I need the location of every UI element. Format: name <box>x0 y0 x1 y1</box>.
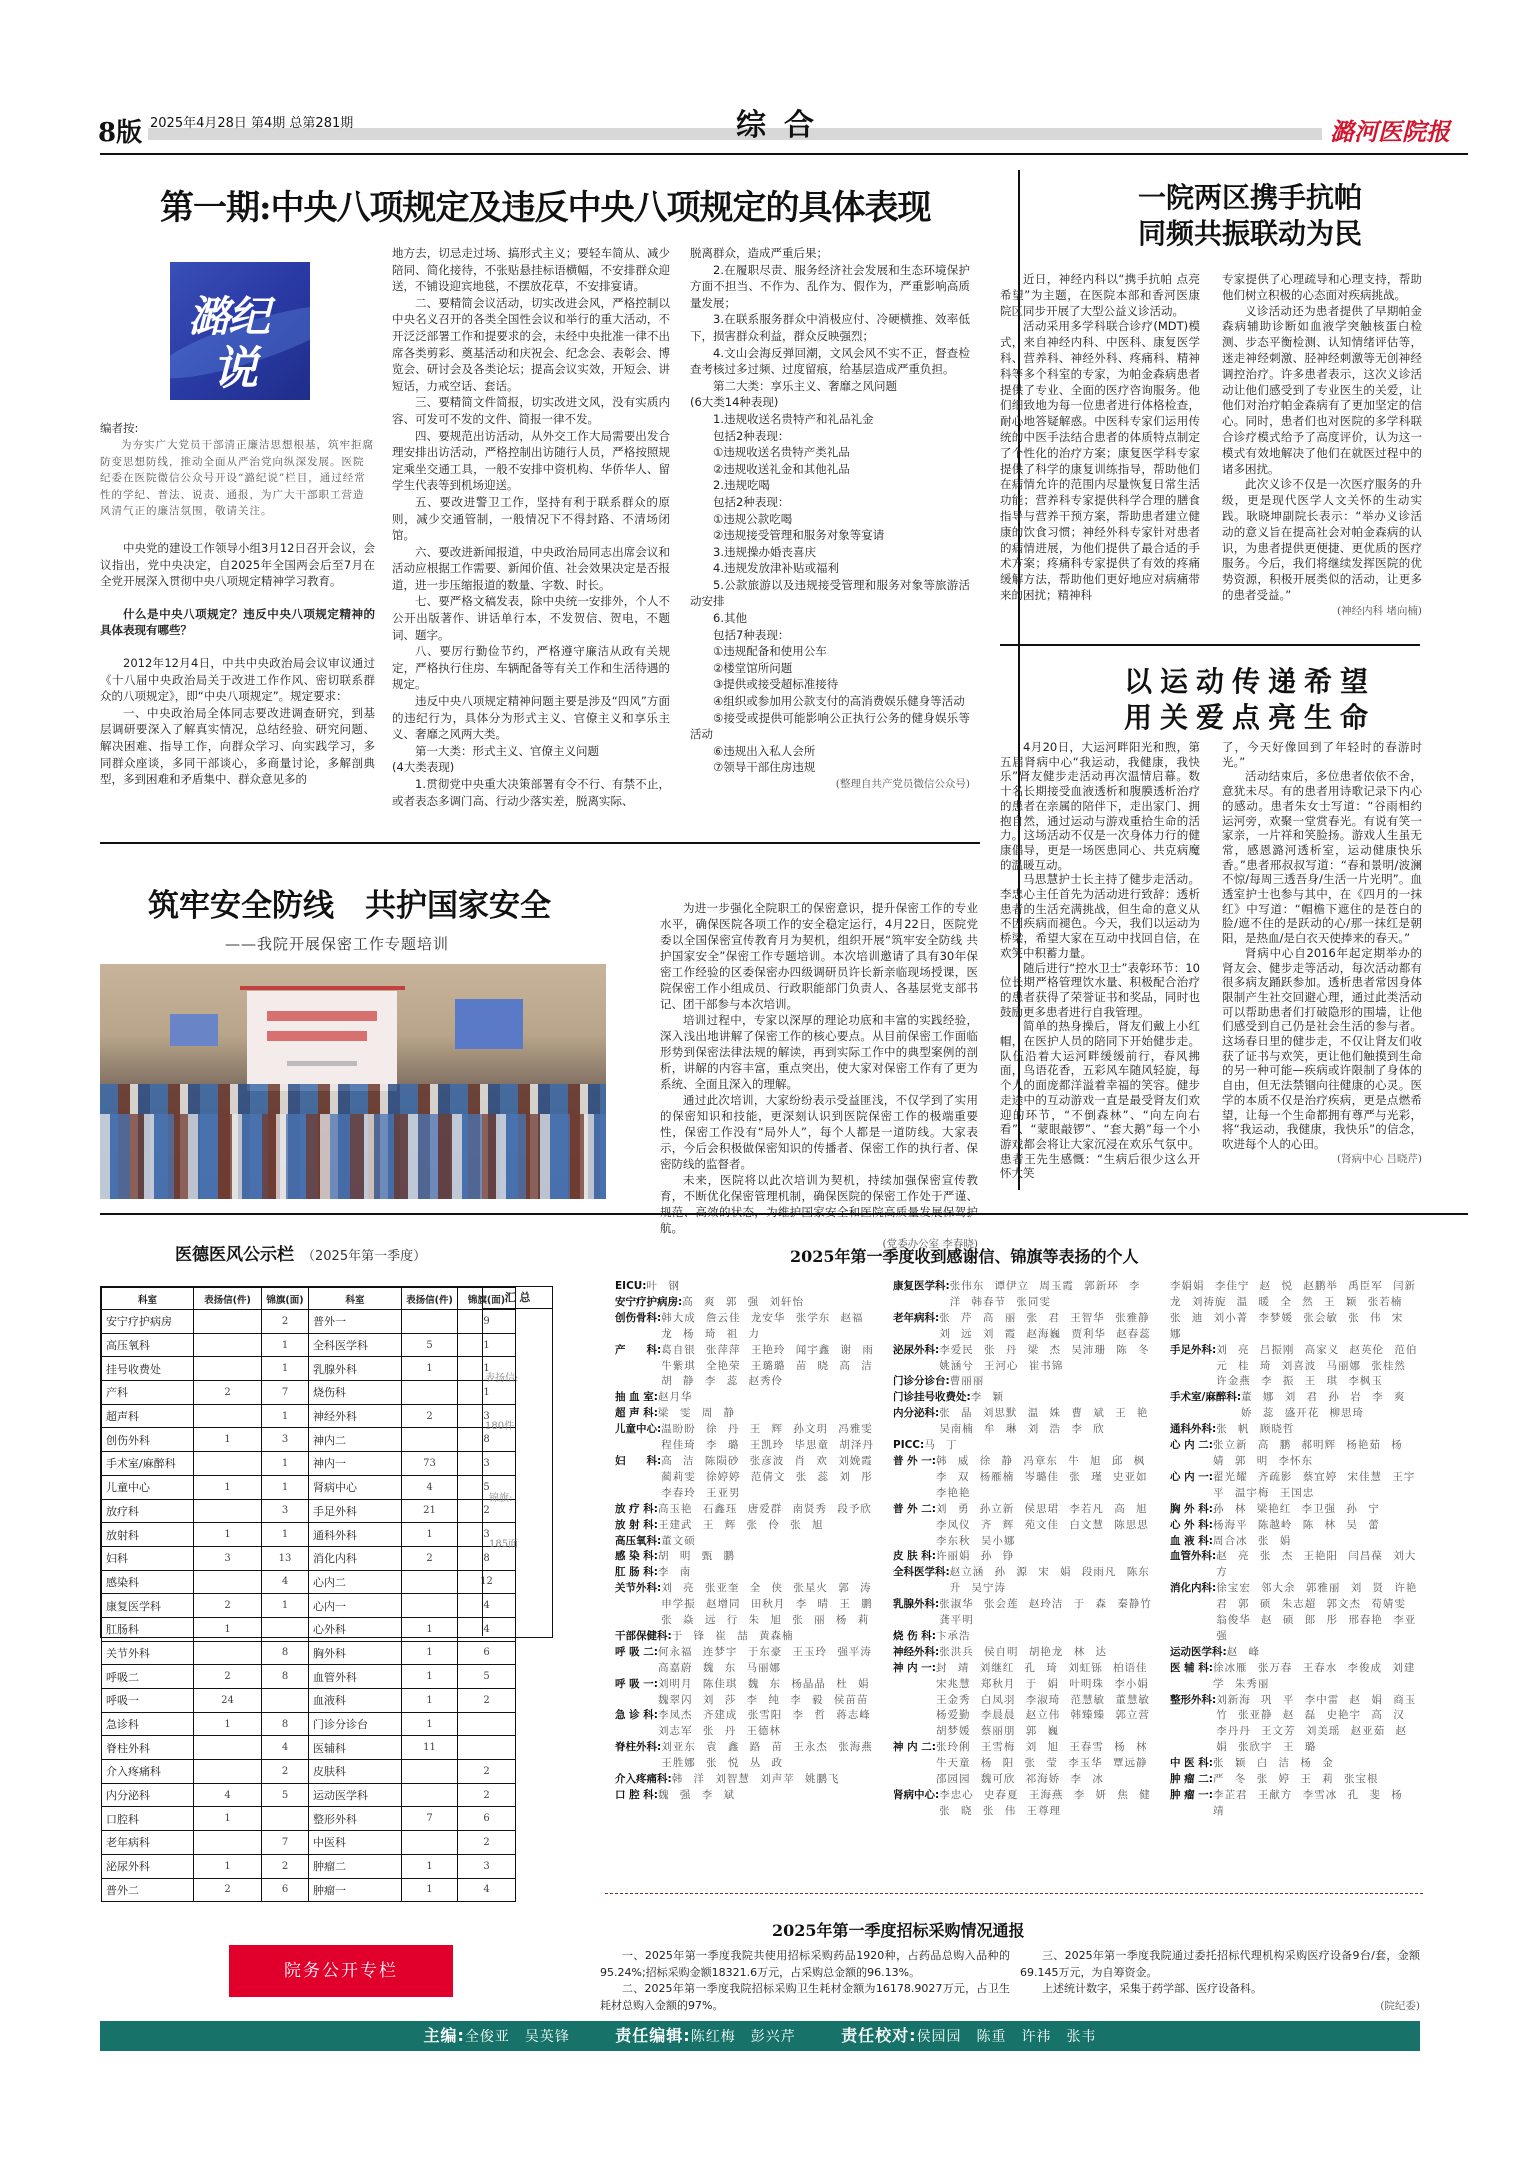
banners-cell: 8 <box>262 1665 309 1689</box>
list-item: ①违规公款吃喝 <box>690 511 970 528</box>
article2-signature: (神经内科 堵向楠) <box>1222 604 1422 620</box>
honors-names: 李凤杰 齐建成 张雪阳 李 哲 蒋志峰 刘志军 张 丹 王德林 <box>658 1708 875 1740</box>
honors-names: 韩 洋 刘智慧 刘声苹 姚鹏飞 <box>672 1772 840 1788</box>
honors-dept: 肛 肠 科: <box>615 1565 658 1581</box>
paragraph: 4.文山会海反弹回潮，文风会风不实不正，督查检查考核过多过频、过度留痕，给基层造… <box>690 345 970 378</box>
honors-names: 赵立涵 孙 源 宋 娟 段雨凡 陈东升 吴宁涛 <box>950 1565 1153 1597</box>
article3-subtitle: ——我院开展保密工作专题培训 <box>225 933 449 954</box>
honors-entry: 门诊挂号收费处:李 颖 <box>893 1390 1153 1406</box>
honors-names: 董 娜 刘 君 孙 岩 李 爽 娇 蕊 盛开花 柳思琦 <box>1241 1390 1420 1422</box>
article1-title: 第一期:中央八项规定及违反中央八项规定的具体表现 <box>160 180 1020 229</box>
article4-title: 以运动传递希望 用关爱点亮生命 <box>1030 664 1470 736</box>
paragraph: 违反中央八项规定精神问题主要是涉及“四风”方面的违纪行为，具体分为形式主义、官僚… <box>392 693 670 743</box>
page-number: 8版 <box>98 112 142 149</box>
honors-dept: 放 疗 科: <box>615 1502 658 1518</box>
category-count: (6大类14种表现) <box>690 394 970 411</box>
letters-cell: 24 <box>194 1689 262 1713</box>
dept-name-cell: 整形外科 <box>309 1807 402 1831</box>
stage-banner <box>240 986 405 990</box>
paragraph: 一、中央政治局全体同志要改进调查研究，到基层调研要深入了解真实情况，总结经验、研… <box>100 705 375 788</box>
banners-cell: 1 <box>262 1452 309 1476</box>
paragraph: 了，今天好像回到了年轻时的春游时光。” <box>1222 740 1422 769</box>
dept-name-cell: 肿瘤二 <box>309 1854 402 1878</box>
list-item: ⑥违规出入私人会所 <box>690 743 970 760</box>
honors-column3: 李娟娟 李佳宁 赵 悦 赵鹏举 禹臣军 闫新龙 刘祷旎 温 暖 全 然 王 颖 … <box>1170 1279 1420 1820</box>
honors-names: 翟光耀 齐疏影 蔡宜婷 宋佳慧 王宇平 温宇梅 王国忠 <box>1213 1470 1420 1502</box>
paragraph: 上述统计数字，采集于药学部、医疗设备科。 <box>1020 1981 1420 1998</box>
honors-entry: 呼 吸 一:刘明月 陈佳琪 魏 东 杨晶晶 杜 娟 魏翠闪 刘 莎 李 纯 李 … <box>615 1677 875 1709</box>
table-title-text: 医德医风公示栏 <box>175 1245 294 1265</box>
honors-entry: 脊柱外科:刘亚东 袁 鑫 路 苗 王永杰 张海燕 王胜娜 张 悦 丛 政 <box>615 1740 875 1772</box>
dashed-divider <box>605 1893 1423 1894</box>
table-row: 放疗科3手足外科212 <box>102 1499 516 1523</box>
letters-cell: 1 <box>194 1428 262 1452</box>
letters-cell: 4 <box>402 1475 458 1499</box>
side-monitor <box>455 999 523 1049</box>
honors-dept: 神经外科: <box>893 1645 939 1661</box>
list-item: ③提供或接受超标准接待 <box>690 676 970 693</box>
paragraph: 2.在履职尽责、服务经济社会发展和生态环境保护方面不担当、不作为、乱作为、假作为… <box>690 262 970 312</box>
responsible-editor-label: 责任编辑: <box>615 2026 690 2045</box>
honors-names: 高 爽 郭 强 刘轩怡 <box>682 1295 804 1311</box>
summary-column: 汇 总 表扬信: 180件 锦旗: 185面 <box>482 1287 552 1636</box>
letters-cell: 1 <box>402 1641 458 1665</box>
category-heading: 第一大类：形式主义、官僚主义问题 <box>392 743 670 760</box>
dept-name-cell: 挂号收费处 <box>102 1357 194 1381</box>
honors-column2: 康复医学科:张伟东 谭伊立 周玉霞 郭新环 李 洋 韩春节 张同雯老年病科:张 … <box>893 1279 1153 1820</box>
honors-dept: 心 内 一: <box>1170 1470 1213 1502</box>
honors-entry: PICC:马 丁 <box>893 1438 1153 1454</box>
letters-cell: 2 <box>194 1594 262 1618</box>
letters-cell: 2 <box>402 1546 458 1570</box>
honors-entry: 心 外 科:杨海平 陈越岭 陈 林 吴 蕾 <box>1170 1518 1420 1534</box>
honors-dept: 肾病中心: <box>893 1788 939 1820</box>
honors-dept: 创伤骨科: <box>615 1311 661 1343</box>
banners-cell: 5 <box>262 1783 309 1807</box>
table-row: 挂号收费处1乳腺外科11 <box>102 1357 516 1381</box>
editor-note: 为夯实广大党员干部清正廉洁思想根基，筑牢拒腐防变思想防线，推动全面从严治党向纵深… <box>100 437 375 520</box>
dept-name-cell: 肿瘤一 <box>309 1878 402 1902</box>
honors-entry: 安宁疗护病房:高 爽 郭 强 刘轩怡 <box>615 1295 875 1311</box>
letters-cell: 73 <box>402 1452 458 1476</box>
honors-title: 2025年第一季度收到感谢信、锦旗等表扬的个人 <box>790 1244 1139 1267</box>
honors-column1: EICU:叶 钢安宁疗护病房:高 爽 郭 强 刘轩怡创伤骨科:韩大成 詹云佳 龙… <box>615 1279 875 1804</box>
proofreader-group: 责任校对:侯园园 陈重 许祎 张韦 <box>841 2029 1096 2045</box>
list-item: 6.其他 <box>690 610 970 627</box>
letters-cell: 1 <box>194 1523 262 1547</box>
table-row: 肛肠科1心外科14 <box>102 1617 516 1641</box>
paragraph: 近日，神经内科以“携手抗帕 点亮希望”为主题，在医院本部和香河医康院区同步开展了… <box>1000 272 1200 319</box>
paragraph: 此次义诊不仅是一次医疗服务的升级，更是现代医学人文关怀的生动实践。耿晓坤副院长表… <box>1222 477 1422 603</box>
honors-entry: 儿童中心:温盼盼 徐 丹 王 辉 孙文玥 冯雅雯 程佳琦 李 璐 王凯玲 毕思童… <box>615 1422 875 1454</box>
honors-names: 卞承浩 <box>936 1629 971 1645</box>
banners-cell: 8 <box>262 1641 309 1665</box>
honors-entry: 手足外科:刘 亮 吕振刚 高家义 赵英伦 范伯元 桂 琦 刘喜波 马丽娜 张桂然… <box>1170 1343 1420 1391</box>
table-header-row: 科室 表扬信(件) 锦旗(面) 科室 表扬信(件) 锦旗(面) <box>102 1288 516 1310</box>
honors-names: 叶 钢 <box>647 1279 680 1295</box>
honors-names: 徐宝宏 邻大余 郭雅丽 刘 贤 许艳君 郭 硕 朱志超 郭文杰 荀婧雯 翁俊华 … <box>1216 1581 1420 1645</box>
honors-names: 曹丽丽 <box>950 1374 985 1390</box>
honors-entry: 肾病中心:李忠心 史春夏 王海燕 李 妍 焦 健 张 晓 张 伟 王尊理 <box>893 1788 1153 1820</box>
list-item: ①违规收送名贵特产类礼品 <box>690 444 970 461</box>
list-item: 3.违规操办婚丧喜庆 <box>690 544 970 561</box>
paragraph: 为进一步强化全院职工的保密意识，提升保密工作的专业水平，确保医院各项工作的安全稳… <box>660 900 978 1012</box>
paragraph: 八、要厉行勤俭节约，严格遵守廉洁从政有关规定，严格执行住房、车辆配备等有关工作和… <box>392 643 670 693</box>
banners-cell <box>262 1617 309 1641</box>
honors-entry: 门诊分诊台:曹丽丽 <box>893 1374 1153 1390</box>
honors-entry: 急 诊 科:李凤杰 齐建成 张雪阳 李 哲 蒋志峰 刘志军 张 丹 王德林 <box>615 1708 875 1740</box>
article3-body: 为进一步强化全院职工的保密意识，提升保密工作的专业水平，确保医院各项工作的安全稳… <box>660 900 978 1252</box>
table-row: 妇科313消化内科28 <box>102 1546 516 1570</box>
table-row: 康复医学科21心内一4 <box>102 1594 516 1618</box>
honors-names: 胡 明 甄 鹏 <box>658 1549 735 1565</box>
dept-name-cell: 神内二 <box>309 1428 402 1452</box>
letters-cell <box>402 1831 458 1855</box>
honors-dept: 神 内 二: <box>893 1740 936 1788</box>
letters-cell <box>402 1428 458 1452</box>
honors-entry: 产 科:葛自银 张萍萍 王艳玲 闻宇鑫 谢 雨 牛紫琪 全艳荣 王璐璐 苗 晓 … <box>615 1343 875 1391</box>
summary-banners-label: 锦旗: <box>489 1489 512 1504</box>
list-item: 5.公款旅游以及违规接受管理和服务对象等旅游活动安排 <box>690 577 970 610</box>
honors-dept: 产 科: <box>615 1343 661 1391</box>
honors-entry: 全科医学科:赵立涵 孙 源 宋 娟 段雨凡 陈东升 吴宁涛 <box>893 1565 1153 1597</box>
footer-credits: 主编:全俊亚 吴英锋 责任编辑:陈红梅 彭兴芹 责任校对:侯园园 陈重 许祎 张… <box>100 2021 1420 2051</box>
honors-entry: 康复医学科:张伟东 谭伊立 周玉霞 郭新环 李 洋 韩春节 张同雯 <box>893 1279 1153 1311</box>
honors-entry: 皮 肤 科:许丽娟 孙 铮 <box>893 1549 1153 1565</box>
letters-cell: 5 <box>402 1333 458 1357</box>
honors-dept: 内分泌科: <box>893 1406 939 1438</box>
dept-name-cell: 门诊分诊台 <box>309 1712 402 1736</box>
honors-dept: 肿 瘤 一: <box>1170 1788 1213 1820</box>
proofreader-label: 责任校对: <box>841 2026 916 2045</box>
honors-dept: 普 外 二: <box>893 1502 936 1550</box>
letters-cell: 1 <box>194 1617 262 1641</box>
chief-editor-label: 主编: <box>423 2026 464 2045</box>
title-line: 同频共振联动为民 <box>1030 216 1470 252</box>
article1-column3: 脱离群众，造成严重后果； 2.在履职尽责、服务经济社会发展和生态环境保护方面不担… <box>690 245 970 793</box>
public-affairs-button[interactable]: 院务公开专栏 <box>229 1945 453 1997</box>
dept-name-cell: 血管外科 <box>309 1665 402 1689</box>
dept-name-cell: 口腔科 <box>102 1807 194 1831</box>
banners-cell: 1 <box>262 1357 309 1381</box>
table-body: 安宁疗护病房2普外一9高压氧科1全科医学科51挂号收费处1乳腺外科11产科27烧… <box>102 1310 516 1902</box>
letters-cell <box>194 1310 262 1334</box>
honors-entry: 普 外 一:韩 威 徐 静 冯章东 牛 旭 邱 枫 李 双 杨雁楠 岑璐佳 张 … <box>893 1454 1153 1502</box>
table-row: 泌尿外科12肿瘤二13 <box>102 1854 516 1878</box>
banners-cell: 2 <box>458 1831 516 1855</box>
paragraph: 二、要精简会议活动，切实改进会风，严格控制以中央名义召开的各类全国性会议和举行的… <box>392 295 670 395</box>
honors-dept: 放 射 科: <box>615 1518 658 1534</box>
letters-cell: 2 <box>194 1381 262 1405</box>
honors-entry: 血管外科:赵 亮 张 杰 王艳阳 闫昌葆 刘大方 <box>1170 1549 1420 1581</box>
list-item: ④组织或参加用公款支付的高消费娱乐健身等活动 <box>690 693 970 710</box>
honors-entry: 整形外科:刘新海 巩 平 李中雷 赵 娟 商玉竹 张亚静 赵 磊 史艳宇 高 汉… <box>1170 1693 1420 1757</box>
masthead-logo: 潞河医院报 <box>1330 112 1450 147</box>
honors-entry: 乳腺外科:张淑华 张会莲 赵玲洁 于 森 秦静竹 龚平明 <box>893 1597 1153 1629</box>
letters-cell: 1 <box>402 1357 458 1381</box>
article1-signature: (整理自共产党员微信公众号) <box>690 776 970 793</box>
dept-name-cell: 肛肠科 <box>102 1617 194 1641</box>
honors-dept: 通科外科: <box>1170 1422 1216 1438</box>
honors-names: 魏 强 李 斌 <box>658 1788 735 1804</box>
title-line: 用关爱点亮生命 <box>1030 700 1470 736</box>
banners-cell: 2 <box>458 1760 516 1784</box>
table-row: 儿童中心11肾病中心45 <box>102 1475 516 1499</box>
honors-dept: 胸 外 科: <box>1170 1502 1213 1518</box>
honors-entry: 关节外科:刘 亮 张亚奎 全 侠 张星火 郭 涛 申学振 赵增同 田秋月 李 晴… <box>615 1581 875 1629</box>
col-header: 表扬信(件) <box>402 1288 458 1310</box>
honors-dept: EICU: <box>615 1279 647 1295</box>
honors-names: 刘明月 陈佳琪 魏 东 杨晶晶 杜 娟 魏翠闪 刘 莎 李 纯 李 毅 侯苗苗 <box>658 1677 875 1709</box>
honors-names: 赵月华 <box>658 1390 693 1406</box>
dept-name-cell: 通科外科 <box>309 1523 402 1547</box>
dept-name-cell: 脊柱外科 <box>102 1736 194 1760</box>
letters-cell: 2 <box>194 1665 262 1689</box>
honors-dept: 手术室/麻醉科: <box>1170 1390 1241 1422</box>
paragraph: 活动采用多学科联合诊疗(MDT)模式，来自神经内科、中医科、康复医学科、营养科、… <box>1000 319 1200 603</box>
col-header: 科室 <box>309 1288 402 1310</box>
honors-entry: 血 液 科:周合冰 张 娟 <box>1170 1534 1420 1550</box>
letters-cell <box>194 1570 262 1594</box>
honors-names: 李爱民 张 丹 梁 杰 吴沛珊 陈 冬 姚涵兮 王河心 崔书锦 <box>939 1343 1153 1375</box>
screen-text <box>267 1031 367 1041</box>
honors-names: 刘 亮 张亚奎 全 侠 张星火 郭 涛 申学振 赵增同 田秋月 李 晴 王 鹏 … <box>661 1581 875 1629</box>
paragraph: 未来，医院将以此次培训为契机，持续加强保密宣传教育，不断优化保密管理机制，确保医… <box>660 1172 978 1236</box>
honors-entry: 胸 外 科:孙 林 梁艳红 李卫强 孙 宁 <box>1170 1502 1420 1518</box>
paragraph: 五、要改进警卫工作，坚持有利于联系群众的原则，减少交通管制，一般情况下不得封路、… <box>392 494 670 544</box>
dept-name-cell: 中医科 <box>309 1831 402 1855</box>
honors-names: 刘 勇 孙立新 侯思珺 李若凡 高 旭 李凤仪 齐 辉 苑文佳 白文慧 陈思思 … <box>936 1502 1153 1550</box>
dept-name-cell: 心外科 <box>309 1617 402 1641</box>
letters-cell: 1 <box>194 1854 262 1878</box>
honors-names: 张玲俐 王雪梅 刘 旭 王春雪 杨 林 牛天童 杨 阳 张 莹 李玉华 覃远静 … <box>936 1740 1153 1788</box>
dept-name-cell: 儿童中心 <box>102 1475 194 1499</box>
honors-entry: 高压氧科:董文硕 <box>615 1534 875 1550</box>
paragraph: 马思慧护士长主持了健步走活动。李忠心主任首先为活动进行致辞：透析患者的生活充满挑… <box>1000 872 1200 960</box>
honors-dept: 神 内 一: <box>893 1661 936 1741</box>
honors-names: 李 南 <box>658 1565 691 1581</box>
banners-cell: 1 <box>262 1594 309 1618</box>
honors-names: 王建武 王 辉 张 伶 张 旭 <box>658 1518 824 1534</box>
honors-names: 刘亚东 袁 鑫 路 苗 王永杰 张海燕 王胜娜 张 悦 丛 政 <box>661 1740 875 1772</box>
summary-letters-value: 180件 <box>485 1417 514 1432</box>
honors-names: 张伟东 谭伊立 周玉霞 郭新环 李 洋 韩春节 张同雯 <box>950 1279 1153 1311</box>
dept-name-cell: 医辅科 <box>309 1736 402 1760</box>
banners-cell: 2 <box>458 1783 516 1807</box>
dept-name-cell: 消化内科 <box>309 1546 402 1570</box>
banners-cell: 1 <box>262 1475 309 1499</box>
dept-name-cell: 泌尿外科 <box>102 1854 194 1878</box>
banners-cell: 3 <box>458 1854 516 1878</box>
dept-name-cell: 血液科 <box>309 1689 402 1713</box>
section-divider <box>100 1213 1468 1215</box>
paragraph: 脱离群众，造成严重后果； <box>690 245 970 262</box>
honors-entry: 肿 瘤 二:严 冬 张 婷 王 莉 张宝根 <box>1170 1772 1420 1788</box>
honors-dept: 门诊挂号收费处: <box>893 1390 971 1406</box>
table-row: 呼吸一24血液科12 <box>102 1689 516 1713</box>
banners-cell: 4 <box>262 1570 309 1594</box>
letters-cell: 1 <box>402 1854 458 1878</box>
letters-cell: 4 <box>194 1783 262 1807</box>
ethics-table-title: 医德医风公示栏（2025年第一季度） <box>175 1240 426 1265</box>
dept-name-cell: 肾病中心 <box>309 1475 402 1499</box>
dept-name-cell: 急诊科 <box>102 1712 194 1736</box>
honors-entry: 肛 肠 科:李 南 <box>615 1565 875 1581</box>
letters-cell <box>194 1404 262 1428</box>
dept-name-cell: 运动医学科 <box>309 1783 402 1807</box>
honors-dept: 口 腔 科: <box>615 1788 658 1804</box>
honors-dept: 烧 伤 科: <box>893 1629 936 1645</box>
banners-cell: 2 <box>458 1689 516 1713</box>
banners-cell: 2 <box>262 1760 309 1784</box>
paragraph: 2012年12月4日，中共中央政治局会议审议通过《十八届中央政治局关于改进工作作… <box>100 655 375 705</box>
paragraph: 1.贯彻党中央重大决策部署有令不行、有禁不止，或者表态多调门高、行动少落实差，脱… <box>392 776 670 809</box>
letters-cell: 3 <box>194 1546 262 1570</box>
honors-dept: 关节外科: <box>615 1581 661 1629</box>
letters-cell <box>402 1310 458 1334</box>
banners-cell: 3 <box>262 1428 309 1452</box>
letters-cell <box>194 1357 262 1381</box>
letters-cell <box>194 1452 262 1476</box>
procurement-signature: (院纪委) <box>1020 1998 1420 2015</box>
list-item: ①违规配备和使用公车 <box>690 643 970 660</box>
honors-names: 李芷君 王献方 李雪冰 孔 斐 杨 靖 <box>1213 1788 1420 1820</box>
letters-cell <box>402 1783 458 1807</box>
letters-cell: 1 <box>402 1689 458 1713</box>
editor-note-label: 编者按: <box>100 420 138 436</box>
side-monitor <box>170 1014 218 1046</box>
paragraph: 肾病中心自2016年起定期举办的肾友会、健步走等活动，每次活动都有很多病友踊跃参… <box>1222 946 1422 1152</box>
letters-cell: 1 <box>194 1712 262 1736</box>
table-row: 创伤外科13神内二8 <box>102 1428 516 1452</box>
paragraph: 4月20日，大运河畔阳光和煦，第五届肾病中心“我运动，我健康，我快乐”肾友健步走… <box>1000 740 1200 872</box>
honors-entry: 泌尿外科:李爱民 张 丹 梁 杰 吴沛珊 陈 冬 姚涵兮 王河心 崔书锦 <box>893 1343 1153 1375</box>
dept-name-cell: 关节外科 <box>102 1641 194 1665</box>
banners-cell: 2 <box>262 1854 309 1878</box>
honors-names: 于 锋 崔 喆 黄森楠 <box>672 1629 794 1645</box>
honors-dept: 整形外科: <box>1170 1693 1216 1757</box>
letters-cell <box>194 1760 262 1784</box>
honors-names: 张 晶 刘思默 温 姝 曹 斌 王 艳 吴南楠 牟 琳 刘 浩 李 欣 <box>939 1406 1153 1438</box>
honors-names: 张 帆 顾晓哲 <box>1216 1422 1294 1438</box>
honors-dept: 消化内科: <box>1170 1581 1216 1645</box>
honors-entry: 普 外 二:刘 勇 孙立新 侯思珺 李若凡 高 旭 李凤仪 齐 辉 苑文佳 白文… <box>893 1502 1153 1550</box>
honors-dept: 抽 血 室: <box>615 1390 658 1406</box>
question-heading: 什么是中央八项规定？违反中央八项规定精神的具体表现有哪些？ <box>100 606 375 639</box>
honors-entry: 超 声 科:梁 雯 周 静 <box>615 1406 875 1422</box>
honors-names: 赵 亮 张 杰 王艳阳 闫昌葆 刘大方 <box>1216 1549 1420 1581</box>
honors-entry: 内分泌科:张 晶 刘思默 温 姝 曹 斌 王 艳 吴南楠 牟 琳 刘 浩 李 欣 <box>893 1406 1153 1438</box>
honors-dept: 血管外科: <box>1170 1549 1216 1581</box>
audience-seats <box>100 1114 606 1199</box>
dept-name-cell: 高压氧科 <box>102 1333 194 1357</box>
dept-name-cell: 内分泌科 <box>102 1783 194 1807</box>
letters-cell: 2 <box>402 1404 458 1428</box>
honors-entry: 介入疼痛科:韩 洋 刘智慧 刘声苹 姚鹏飞 <box>615 1772 875 1788</box>
list-item: 1.违规收送名贵特产和礼品礼金 <box>690 411 970 428</box>
paragraph: 简单的热身操后，肾友们戴上小红帽，在医护人员的陪同下开始健步走。队伍沿着大运河畔… <box>1000 1019 1200 1181</box>
list-item: 包括2种表现： <box>690 494 970 511</box>
list-item: ②违规接受管理和服务对象等宴请 <box>690 527 970 544</box>
issue-date: 2025年4月28日 第4期 总第281期 <box>150 112 353 131</box>
proofreader-names: 侯园园 陈重 许祎 张韦 <box>917 2029 1097 2045</box>
list-item: 2.违规吃喝 <box>690 477 970 494</box>
honors-names: 严 冬 张 婷 王 莉 张宝根 <box>1213 1772 1379 1788</box>
banners-cell <box>262 1689 309 1713</box>
col-header: 科室 <box>102 1288 194 1310</box>
article2-column1: 近日，神经内科以“携手抗帕 点亮希望”为主题，在医院本部和香河医康院区同步开展了… <box>1000 272 1200 604</box>
table-row: 放射科11通科外科13 <box>102 1523 516 1547</box>
dept-name-cell: 手术室/麻醉科 <box>102 1452 194 1476</box>
honors-dept: 医 辅 科: <box>1170 1661 1213 1693</box>
honors-dept: 手足外科: <box>1170 1343 1216 1391</box>
article4-signature: (肾病中心 吕晓芹) <box>1222 1152 1422 1167</box>
dept-name-cell: 呼吸二 <box>102 1665 194 1689</box>
honors-names: 马 丁 <box>924 1438 957 1454</box>
honors-dept: 脊柱外科: <box>615 1740 661 1772</box>
honors-names: 刘新海 巩 平 李中雷 赵 娟 商玉竹 张亚静 赵 磊 史艳宇 高 汉 李丹丹 … <box>1216 1693 1420 1757</box>
letters-cell <box>194 1641 262 1665</box>
list-item: 包括2种表现： <box>690 428 970 445</box>
section-title: 综合 <box>736 100 832 144</box>
paragraph: 七、要严格文稿发表，除中央统一安排外，个人不公开出版著作、讲话单行本，不发贺信、… <box>392 593 670 643</box>
honors-names: 徐冰雁 张万春 王春水 李俊成 刘建学 朱秀丽 <box>1213 1661 1420 1693</box>
header-divider <box>100 153 1468 155</box>
table-row: 手术室/麻醉科1神内一733 <box>102 1452 516 1476</box>
summary-banners-value: 185面 <box>489 1535 518 1550</box>
paragraph: 活动结束后，多位患者依依不舍，意犹未尽。有的患者用诗歌记录下内心的感动。患者朱女… <box>1222 769 1422 945</box>
honors-entry: 运动医学科:赵 峰 <box>1170 1645 1420 1661</box>
honors-dept: 全科医学科: <box>893 1565 950 1597</box>
honors-dept: 运动医学科: <box>1170 1645 1227 1661</box>
banners-cell: 6 <box>458 1807 516 1831</box>
banners-cell: 7 <box>262 1381 309 1405</box>
letters-cell <box>402 1570 458 1594</box>
article3-title: 筑牢安全防线 共护国家安全 <box>148 880 578 925</box>
paragraph: 三、要精简文件简报，切实改进文风，没有实质内容、可发可不发的文件、简报一律不发。 <box>392 394 670 427</box>
honors-entry: 神 内 一:封 靖 刘继红 孔 琦 刘虹铄 柏语佳 宋兆慧 郑秋月 于 娟 叶明… <box>893 1661 1153 1741</box>
list-item: ⑦领导干部住房违规 <box>690 759 970 776</box>
dept-name-cell: 心内二 <box>309 1570 402 1594</box>
honors-names: 张 颖 白 洁 杨 金 <box>1213 1756 1334 1772</box>
article4-column2: 了，今天好像回到了年轻时的春游时光。” 活动结束后，多位患者依依不舍，意犹未尽。… <box>1222 740 1422 1166</box>
honors-entry: 烧 伤 科:卞承浩 <box>893 1629 1153 1645</box>
honors-names: 张洪兵 侯自明 胡艳龙 林 达 <box>939 1645 1107 1661</box>
honors-dept: 中 医 科: <box>1170 1756 1213 1772</box>
summary-header: 汇 总 <box>483 1287 552 1309</box>
table-row: 普外二26肿瘤一14 <box>102 1878 516 1902</box>
category-count: (4大类表现) <box>392 759 670 776</box>
list-item: ②楼堂馆所问题 <box>690 660 970 677</box>
honors-dept: 介入疼痛科: <box>615 1772 672 1788</box>
dept-name-cell: 皮肤科 <box>309 1760 402 1784</box>
dept-name-cell: 乳腺外科 <box>309 1357 402 1381</box>
honors-dept: 儿童中心: <box>615 1422 661 1454</box>
dept-name-cell: 心内一 <box>309 1594 402 1618</box>
banners-cell: 4 <box>458 1878 516 1902</box>
honors-dept: 感 染 科: <box>615 1549 658 1565</box>
chief-editor-names: 全俊亚 吴英锋 <box>465 2029 570 2045</box>
honors-dept: 老年病科: <box>893 1311 939 1343</box>
table-row: 口腔科1整形外科76 <box>102 1807 516 1831</box>
honors-entry: 干部保健科:于 锋 崔 喆 黄森楠 <box>615 1629 875 1645</box>
dept-name-cell: 超声科 <box>102 1404 194 1428</box>
letters-cell <box>194 1333 262 1357</box>
honors-names: 张 芹 高 丽 张 君 王智华 张雅静 刘 远 刘 霞 赵海巍 贾利华 赵春蕊 <box>939 1311 1153 1343</box>
screen-text <box>267 1011 377 1021</box>
procurement-title: 2025年第一季度招标采购情况通报 <box>772 1918 1025 1941</box>
screen-text <box>287 1061 357 1066</box>
